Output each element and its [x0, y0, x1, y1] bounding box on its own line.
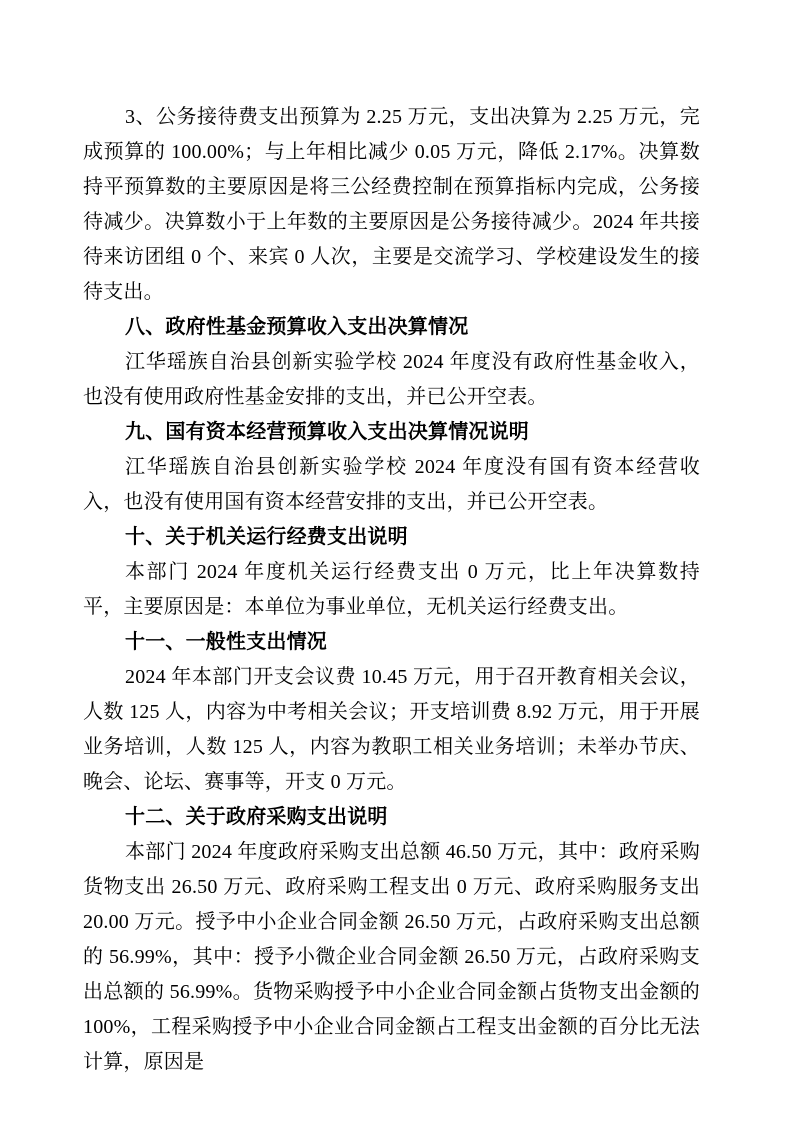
section-heading: 十一、一般性支出情况	[83, 625, 700, 660]
document-body: 3、公务接待费支出预算为 2.25 万元，支出决算为 2.25 万元，完成预算的…	[83, 100, 700, 1080]
paragraph: 江华瑶族自治县创新实验学校 2024 年度没有政府性基金收入，也没有使用政府性基…	[83, 345, 700, 415]
paragraph: 本部门 2024 年度机关运行经费支出 0 万元，比上年决算数持平，主要原因是：…	[83, 555, 700, 625]
paragraph: 2024 年本部门开支会议费 10.45 万元，用于召开教育相关会议，人数 12…	[83, 660, 700, 800]
paragraph: 江华瑶族自治县创新实验学校 2024 年度没有国有资本经营收入，也没有使用国有资…	[83, 450, 700, 520]
document-page: 3、公务接待费支出预算为 2.25 万元，支出决算为 2.25 万元，完成预算的…	[0, 0, 793, 1122]
paragraph: 3、公务接待费支出预算为 2.25 万元，支出决算为 2.25 万元，完成预算的…	[83, 100, 700, 310]
paragraph: 本部门 2024 年度政府采购支出总额 46.50 万元，其中：政府采购货物支出…	[83, 835, 700, 1080]
section-heading: 九、国有资本经营预算收入支出决算情况说明	[83, 415, 700, 450]
section-heading: 十二、关于政府采购支出说明	[83, 800, 700, 835]
section-heading: 十、关于机关运行经费支出说明	[83, 520, 700, 555]
section-heading: 八、政府性基金预算收入支出决算情况	[83, 310, 700, 345]
